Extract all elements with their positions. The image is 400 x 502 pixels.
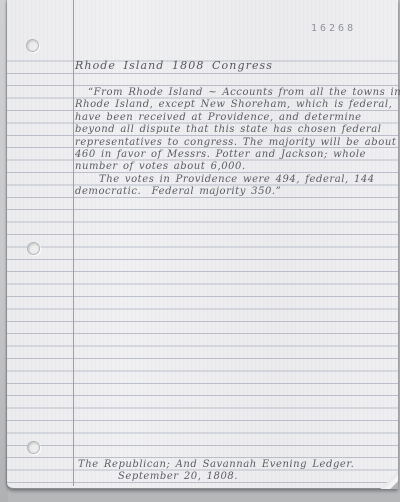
body-line: 460 in favor of Messrs. Potter and Jacks…	[75, 149, 395, 161]
citation-source: The Republican; And Savannah Evening Led…	[78, 459, 354, 471]
citation-date: September 20, 1808.	[118, 471, 354, 483]
notebook-paper-sheet: 16268 Rhode Island 1808 Congress “From R…	[7, 0, 398, 489]
document-title: Rhode Island 1808 Congress	[75, 59, 273, 72]
scanned-document-page: 16268 Rhode Island 1808 Congress “From R…	[0, 0, 400, 502]
punch-hole-bottom	[27, 441, 40, 454]
body-line: have been received at Providence, and de…	[75, 112, 395, 124]
body-line: representatives to congress. The majorit…	[75, 137, 395, 149]
punch-hole-top	[26, 39, 39, 52]
body-line: democratic. Federal majority 350.”	[75, 186, 395, 198]
body-line: beyond all dispute that this state has c…	[75, 124, 395, 136]
body-line: The votes in Providence were 494, federa…	[75, 174, 395, 186]
body-line: number of votes about 6,000.	[75, 161, 395, 173]
body-line: “From Rhode Island ~ Accounts from all t…	[75, 87, 395, 99]
catalog-stamp-number: 16268	[311, 23, 356, 36]
page-corner-curl	[376, 471, 398, 489]
document-body-text: “From Rhode Island ~ Accounts from all t…	[75, 87, 395, 199]
citation-block: The Republican; And Savannah Evening Led…	[78, 459, 354, 484]
left-margin-line	[73, 0, 74, 486]
punch-hole-middle	[27, 242, 40, 255]
body-line: Rhode Island, except New Shoreham, which…	[75, 99, 395, 111]
